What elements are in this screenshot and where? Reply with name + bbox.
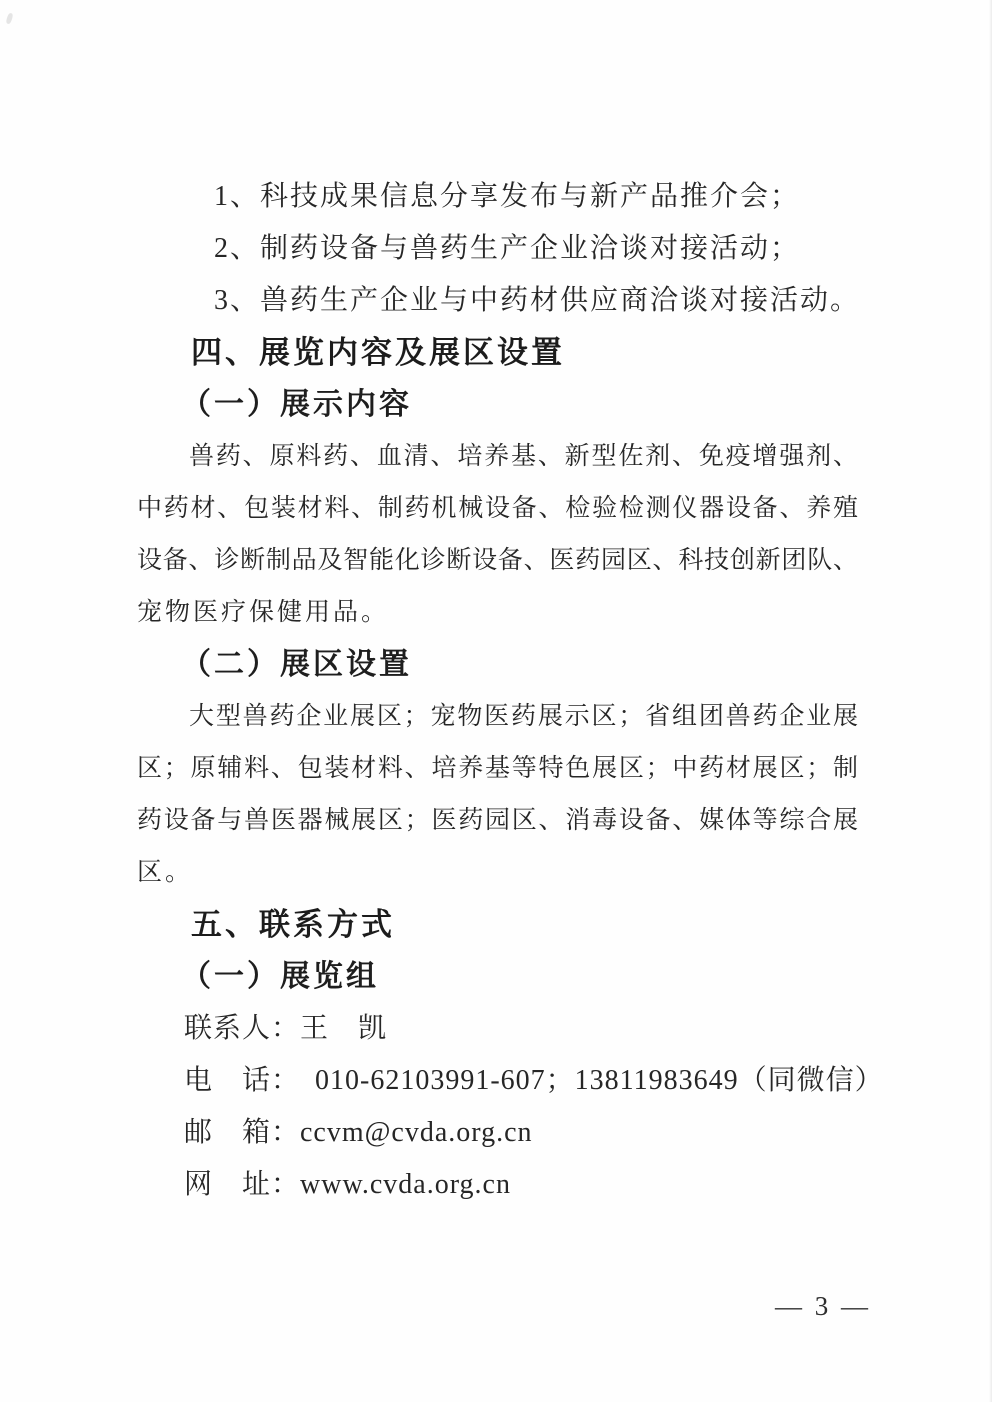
- paragraph-zones-line-4: 区。: [137, 847, 858, 899]
- subsection-heading-5-1: （一）展览组: [137, 951, 858, 1003]
- scan-artifact: [5, 12, 13, 24]
- document-page: 1、科技成果信息分享发布与新产品推介会； 2、制药设备与兽药生产企业洽谈对接活动…: [0, 0, 992, 1402]
- list-item-2: 2、制药设备与兽药生产企业洽谈对接活动；: [137, 223, 858, 275]
- section-heading-5: 五、联系方式: [137, 899, 858, 951]
- list-item-1: 1、科技成果信息分享发布与新产品推介会；: [137, 171, 858, 223]
- page-number: — 3 —: [775, 1286, 871, 1326]
- subsection-heading-4-1: （一）展示内容: [137, 379, 858, 431]
- contact-phone-row: 电 话： 010-62103991-607；13811983649（同微信）: [137, 1055, 858, 1107]
- paragraph-display-line-1: 兽药、原料药、血清、培养基、新型佐剂、免疫增强剂、: [189, 431, 858, 483]
- contact-website-row: 网 址：www.cvda.org.cn: [137, 1159, 858, 1211]
- document-body: 1、科技成果信息分享发布与新产品推介会； 2、制药设备与兽药生产企业洽谈对接活动…: [137, 171, 858, 1211]
- paragraph-display-line-4: 宠物医疗保健用品。: [137, 587, 858, 639]
- subsection-heading-4-2: （二）展区设置: [137, 639, 858, 691]
- paragraph-display-line-2: 中药材、包装材料、制药机械设备、检验检测仪器设备、养殖: [137, 483, 858, 535]
- paragraph-zones-line-3: 药设备与兽医器械展区；医药园区、消毒设备、媒体等综合展: [137, 795, 858, 847]
- contact-person-row: 联系人：王 凯: [137, 1003, 858, 1055]
- paragraph-zones-line-1: 大型兽药企业展区；宠物医药展示区；省组团兽药企业展: [189, 691, 858, 743]
- section-heading-4: 四、展览内容及展区设置: [137, 327, 858, 379]
- list-item-3: 3、兽药生产企业与中药材供应商洽谈对接活动。: [137, 275, 858, 327]
- paragraph-display-line-3: 设备、诊断制品及智能化诊断设备、医药园区、科技创新团队、: [137, 535, 858, 587]
- contact-email-row: 邮 箱：ccvm@cvda.org.cn: [137, 1107, 858, 1159]
- paragraph-zones-line-2: 区；原辅料、包装材料、培养基等特色展区；中药材展区；制: [137, 743, 858, 795]
